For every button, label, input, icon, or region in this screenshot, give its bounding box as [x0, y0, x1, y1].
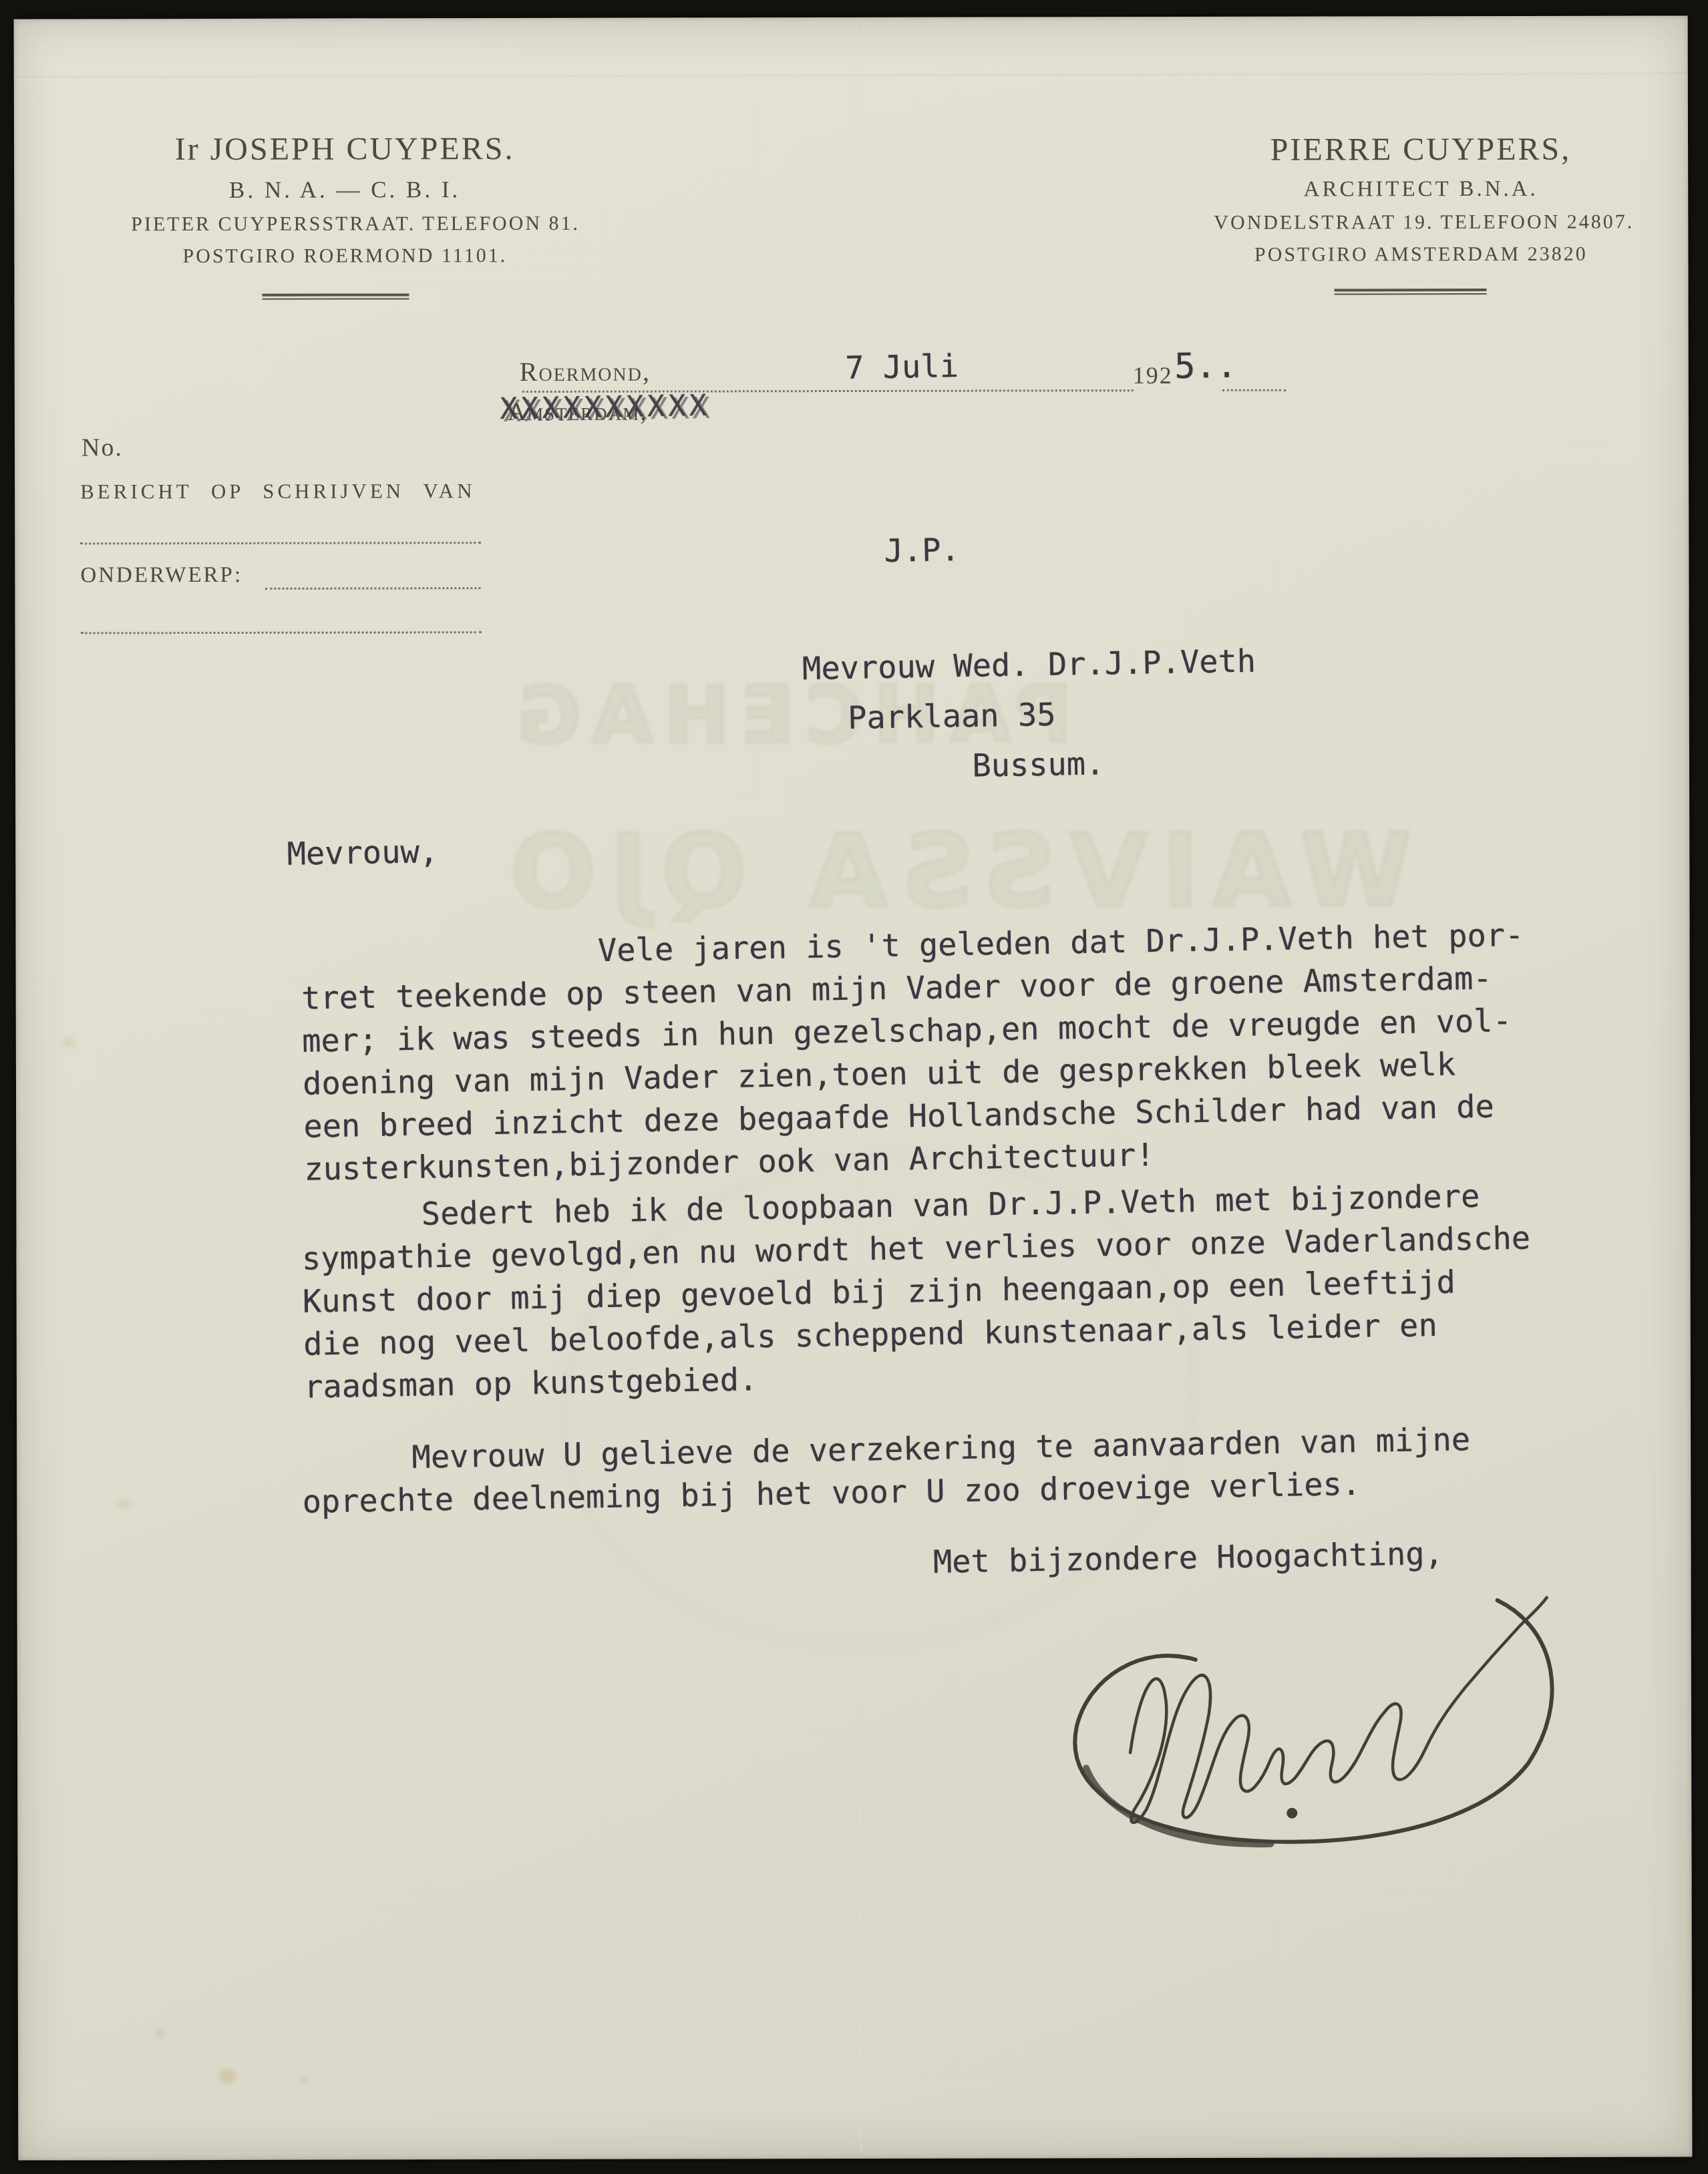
body-paragraph-2: Sedert heb ik de loopbaan van Dr.J.P.Vet…	[301, 1175, 1532, 1409]
letterhead-left-rule	[263, 293, 409, 299]
strikeout-x-overlay-doublestrike: XXXXXXXXXX	[503, 391, 714, 429]
reference-no-label: No.	[81, 433, 123, 462]
recipient-city: Bussum.	[972, 745, 1105, 784]
fold-crease-horizontal	[14, 73, 1688, 79]
reference-onderwerp-label: ONDERWERP:	[80, 563, 242, 588]
salutation: Mevrouw,	[287, 834, 438, 873]
letterhead-right: PIERRE CUYPERS, ARCHITECT B.N.A. VONDELS…	[1214, 131, 1628, 266]
body-paragraph-3: Mevrouw U gelieve de verzekering te aanv…	[301, 1419, 1472, 1524]
scanned-letter-page: { "letterhead_left": { "name": "Ir JOSEP…	[0, 0, 1708, 2174]
letterhead-left-postgiro: POSTGIRO ROERMOND 11101.	[131, 244, 558, 268]
foxing-spot	[155, 2029, 166, 2038]
typed-year-digit: 5..	[1174, 345, 1238, 387]
dateline-year-printed: 192	[1133, 361, 1173, 389]
reference-dotted-rule-1	[80, 540, 481, 544]
reference-bericht-label: BERICHT OP SCHRIJVEN VAN	[80, 479, 476, 504]
letterhead-left-credentials: B. N. A. — C. B. I.	[131, 176, 558, 204]
letterhead-left: Ir JOSEPH CUYPERS. B. N. A. — C. B. I. P…	[131, 130, 558, 268]
foxing-spot	[218, 2069, 236, 2084]
letterhead-right-rule	[1334, 289, 1486, 295]
signature-svg	[1030, 1588, 1558, 1850]
recipient-street: Parklaan 35	[848, 697, 1056, 737]
reference-onderwerp-dotted-rule	[265, 586, 480, 590]
typist-initials: J.P.	[884, 532, 960, 570]
ink-bleedthrough-text: WAIVSSA QJO	[496, 811, 1412, 931]
reference-dotted-rule-2	[81, 630, 482, 634]
dateline-dotted-rule-end	[1222, 388, 1286, 391]
typed-date: 7 Juli	[845, 348, 959, 387]
recipient-name: Mevrouw Wed. Dr.J.P.Veth	[802, 643, 1256, 687]
letterhead-right-name: PIERRE CUYPERS,	[1214, 131, 1628, 168]
letter-paper: PAHCEHAG WAIVSSA QJO Ir JOSEPH CUYPERS. …	[14, 15, 1693, 2160]
letterhead-left-name: Ir JOSEPH CUYPERS.	[131, 130, 558, 168]
body-paragraph-1: Vele jaren is 't geleden dat Dr.J.P.Veth…	[301, 914, 1528, 1192]
dateline-place-printed: Roermond,	[520, 356, 651, 387]
foxing-spot	[63, 1037, 75, 1047]
letterhead-right-address: VONDELSTRAAT 19. TELEFOON 24807.	[1214, 211, 1628, 234]
foxing-spot	[299, 2076, 308, 2085]
handwritten-signature-flourish	[1030, 1588, 1558, 1853]
letterhead-right-postgiro: POSTGIRO AMSTERDAM 23820	[1214, 243, 1628, 266]
letterhead-left-address: PIETER CUYPERSSTRAAT. TELEFOON 81.	[131, 212, 558, 236]
foxing-spot	[117, 1498, 130, 1509]
letterhead-right-title: ARCHITECT B.N.A.	[1214, 177, 1628, 202]
closing-line: Met bijzondere Hoogachting,	[932, 1535, 1443, 1581]
